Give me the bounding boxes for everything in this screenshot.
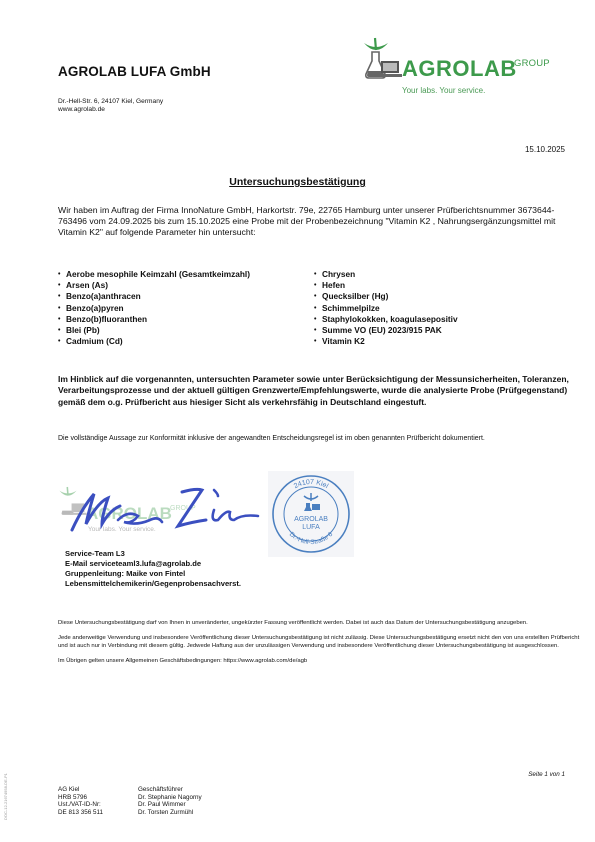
parameter-item: Benzo(a)pyren: [58, 303, 250, 314]
service-team: Service-Team L3: [65, 549, 241, 559]
legal-paragraph-liability: Jede anderweitige Verwendung und insbeso…: [58, 635, 588, 650]
intro-paragraph: Wir haben im Auftrag der Firma InnoNatur…: [58, 205, 578, 238]
agrolab-logo: AGROLAB GROUP Your labs. Your service.: [362, 34, 567, 100]
parameter-item: Quecksilber (Hg): [314, 291, 458, 302]
parameter-item: Benzo(a)anthracen: [58, 291, 250, 302]
document-title: Untersuchungsbestätigung: [229, 176, 366, 188]
document-date: 15.10.2025: [525, 145, 565, 154]
legal-paragraph-publication: Diese Untersuchungsbestätigung darf von …: [58, 620, 588, 628]
signature-area: AGROLAB GROUP Your labs. Your service.: [58, 480, 263, 545]
footer-director-3: Dr. Torsten Zurmühl: [138, 809, 202, 817]
group-lead-role: Lebensmittelchemikerin/Gegenprobensachve…: [65, 579, 241, 589]
parameter-item: Arsen (As): [58, 280, 250, 291]
logo-group: GROUP: [514, 58, 550, 69]
footer-management: Geschäftsführer Dr. Stephanie Nagorny Dr…: [138, 786, 202, 817]
parameter-item: Summe VO (EU) 2023/915 PAK: [314, 325, 458, 336]
footer-director-1: Dr. Stephanie Nagorny: [138, 794, 202, 802]
parameter-column-left: Aerobe mesophile Keimzahl (Gesamtkeimzah…: [58, 269, 250, 347]
svg-text:LUFA: LUFA: [302, 524, 320, 531]
parameter-item: Blei (Pb): [58, 325, 250, 336]
company-address-block: Dr.-Hell-Str. 6, 24107 Kiel, Germany www…: [58, 98, 163, 115]
footer-management-label: Geschäftsführer: [138, 786, 202, 794]
logo-wordmark: AGROLAB: [402, 56, 517, 82]
conformity-note: Die vollständige Aussage zur Konformität…: [58, 434, 583, 443]
parameter-column-right: ChrysenHefenQuecksilber (Hg)Schimmelpilz…: [314, 269, 458, 347]
handwritten-signature: [58, 480, 263, 540]
parameter-item: Schimmelpilze: [314, 303, 458, 314]
footer-director-2: Dr. Paul Wimmer: [138, 801, 202, 809]
page-number: Seite 1 von 1: [528, 771, 565, 778]
parameter-item: Benzo(b)fluoranthen: [58, 314, 250, 325]
footer-hrb: HRB 5796: [58, 794, 103, 802]
company-name: AGROLAB LUFA GmbH: [58, 64, 211, 79]
plant-flask-laptop-icon: [362, 34, 404, 84]
parameter-item: Hefen: [314, 280, 458, 291]
logo-tagline: Your labs. Your service.: [402, 86, 485, 95]
footer-vat-id: DE 813 356 511: [58, 809, 103, 817]
footer-vat-label: Ust./VAT-ID-Nr:: [58, 801, 103, 809]
svg-text:AGROLAB: AGROLAB: [294, 516, 328, 523]
company-stamp: 24107 Kiel Dr.-Hell-Straße 6 AGROLAB LUF…: [268, 471, 354, 557]
contact-block: Service-Team L3 E-Mail serviceteaml3.luf…: [65, 549, 241, 589]
parameter-item: Vitamin K2: [314, 336, 458, 347]
footer-registration: AG Kiel HRB 5796 Ust./VAT-ID-Nr: DE 813 …: [58, 786, 103, 817]
legal-paragraph-terms: Im Übrigen gelten unsere Allgemeinen Ges…: [58, 658, 588, 666]
contact-email[interactable]: E-Mail serviceteaml3.lufa@agrolab.de: [65, 559, 241, 569]
company-website: www.agrolab.de: [58, 106, 163, 114]
conclusion-paragraph: Im Hinblick auf die vorgenannten, unters…: [58, 374, 583, 408]
parameter-item: Cadmium (Cd): [58, 336, 250, 347]
legal-notice: Diese Untersuchungsbestätigung darf von …: [58, 620, 588, 673]
footer-court: AG Kiel: [58, 786, 103, 794]
document-title-wrap: Untersuchungsbestätigung: [0, 176, 595, 188]
parameter-item: Chrysen: [314, 269, 458, 280]
parameter-item: Aerobe mesophile Keimzahl (Gesamtkeimzah…: [58, 269, 250, 280]
document-id: DOC-12-21674958-DE-P1: [3, 773, 8, 820]
stamp-seal-icon: 24107 Kiel Dr.-Hell-Straße 6 AGROLAB LUF…: [268, 471, 354, 557]
parameter-item: Staphylokokken, koagulasepositiv: [314, 314, 458, 325]
company-address: Dr.-Hell-Str. 6, 24107 Kiel, Germany: [58, 98, 163, 106]
group-lead: Gruppenleitung: Maike von Fintel: [65, 569, 241, 579]
